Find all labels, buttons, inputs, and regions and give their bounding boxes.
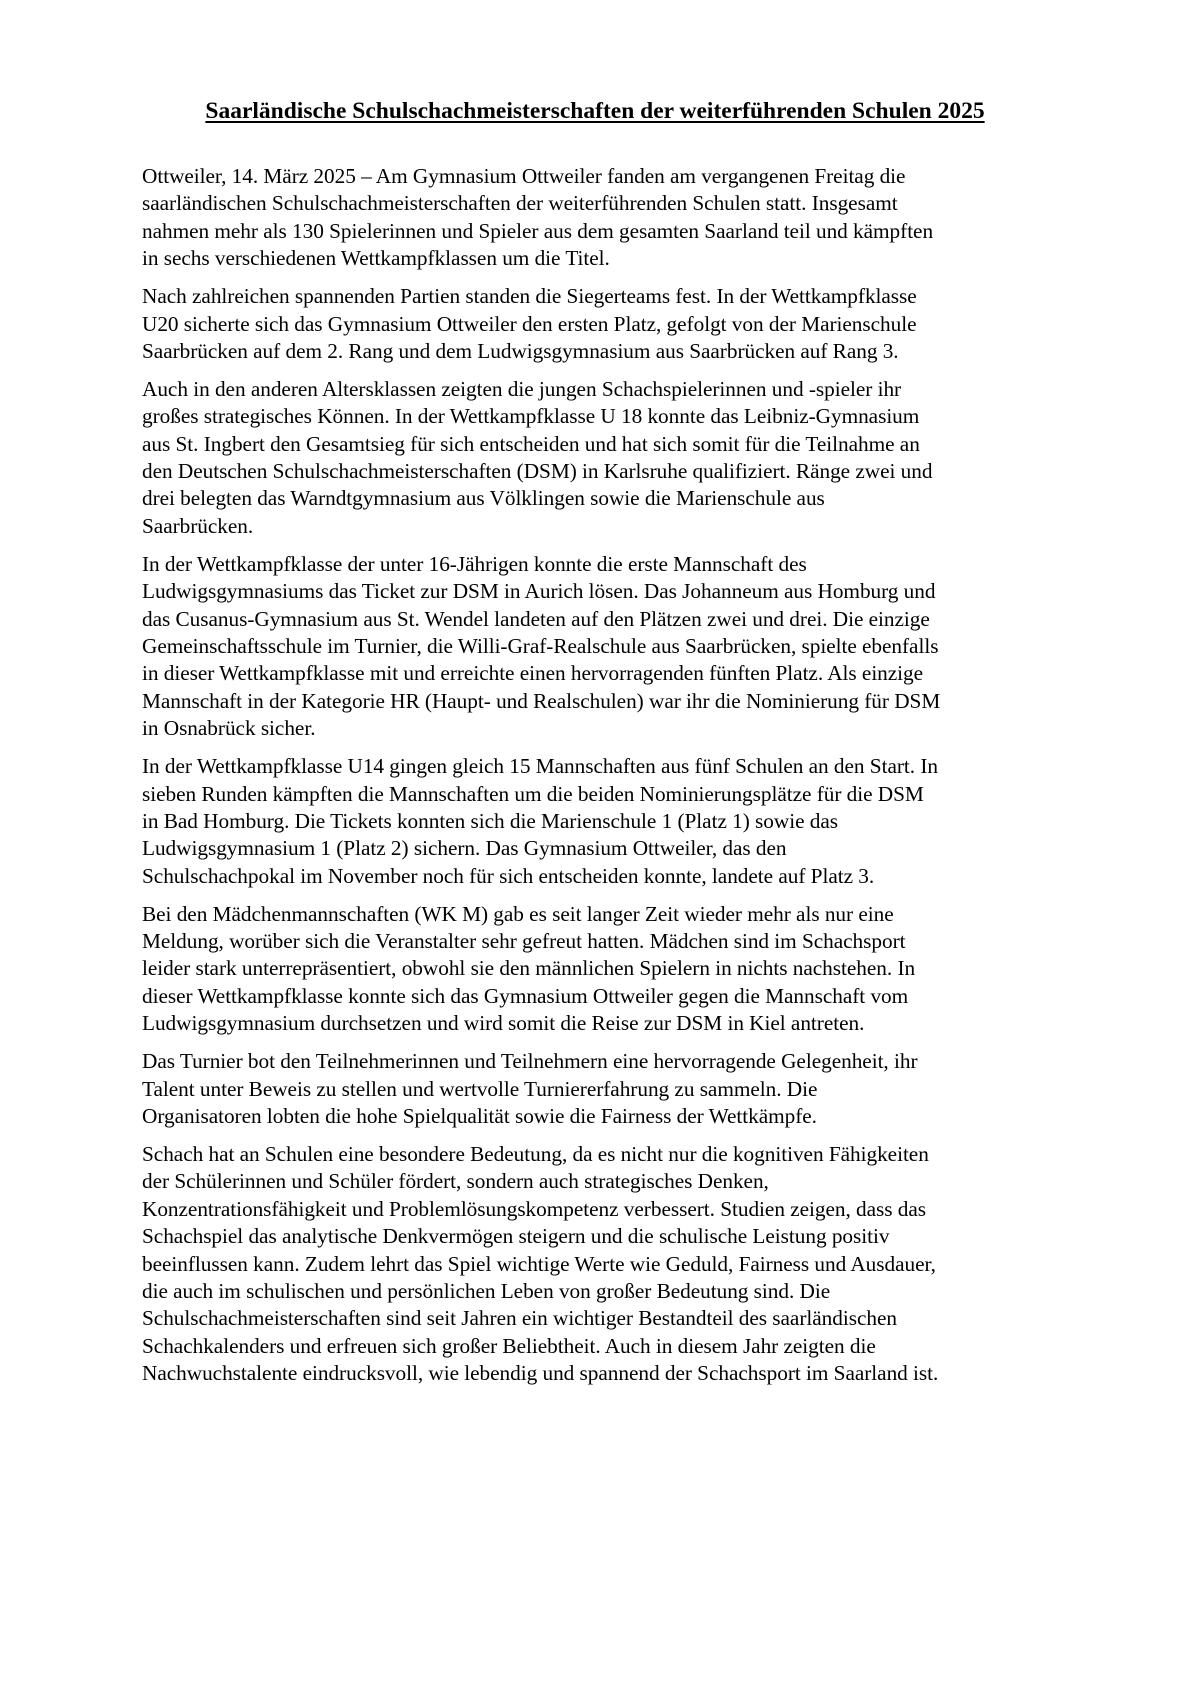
paragraph-intro: Ottweiler, 14. März 2025 – Am Gymnasium … <box>142 163 1062 273</box>
text-line: die auch im schulischen und persönlichen… <box>142 1278 1062 1305</box>
text-line: leider stark unterrepräsentiert, obwohl … <box>142 955 1062 982</box>
text-line: Gemeinschaftsschule im Turnier, die Will… <box>142 633 1062 660</box>
text-line: drei belegten das Warndtgymnasium aus Vö… <box>142 485 1062 512</box>
text-line: Meldung, worüber sich die Veranstalter s… <box>142 928 1062 955</box>
paragraph-girls-results: Bei den Mädchenmannschaften (WK M) gab e… <box>142 901 1062 1038</box>
text-line: Bei den Mädchenmannschaften (WK M) gab e… <box>142 901 1062 928</box>
paragraph-u18-results: Auch in den anderen Altersklassen zeigte… <box>142 376 1062 540</box>
text-line: Schulschachmeisterschaften sind seit Jah… <box>142 1305 1062 1332</box>
text-line: Nach zahlreichen spannenden Partien stan… <box>142 283 1062 310</box>
text-line: Schach hat an Schulen eine besondere Bed… <box>142 1141 1062 1168</box>
document-page: Saarländische Schulschachmeisterschaften… <box>0 0 1190 1684</box>
text-line: nahmen mehr als 130 Spielerinnen und Spi… <box>142 218 1062 245</box>
text-line: Saarbrücken. <box>142 513 1062 540</box>
text-line: Schachkalenders und erfreuen sich großer… <box>142 1333 1062 1360</box>
text-line: Ludwigsgymnasium durchsetzen und wird so… <box>142 1010 1062 1037</box>
text-line: Konzentrationsfähigkeit und Problemlösun… <box>142 1196 1062 1223</box>
paragraph-chess-importance: Schach hat an Schulen eine besondere Bed… <box>142 1141 1062 1388</box>
text-line: in sechs verschiedenen Wettkampfklassen … <box>142 245 1062 272</box>
text-line: Das Turnier bot den Teilnehmerinnen und … <box>142 1048 1062 1075</box>
text-line: Schachspiel das analytische Denkvermögen… <box>142 1223 1062 1250</box>
text-line: der Schülerinnen und Schüler fördert, so… <box>142 1168 1062 1195</box>
text-line: Ludwigsgymnasiums das Ticket zur DSM in … <box>142 578 1062 605</box>
text-line: In der Wettkampfklasse U14 gingen gleich… <box>142 753 1062 780</box>
text-line: großes strategisches Können. In der Wett… <box>142 403 1062 430</box>
text-line: Talent unter Beweis zu stellen und wertv… <box>142 1076 1062 1103</box>
text-line: Nachwuchstalente eindrucksvoll, wie lebe… <box>142 1360 1062 1387</box>
text-line: Auch in den anderen Altersklassen zeigte… <box>142 376 1062 403</box>
text-line: Saarbrücken auf dem 2. Rang und dem Ludw… <box>142 338 1062 365</box>
document-title: Saarländische Schulschachmeisterschaften… <box>0 97 1190 125</box>
text-line: Schulschachpokal im November noch für si… <box>142 863 1062 890</box>
text-line: In der Wettkampfklasse der unter 16-Jähr… <box>142 551 1062 578</box>
text-line: den Deutschen Schulschachmeisterschaften… <box>142 458 1062 485</box>
text-line: saarländischen Schulschachmeisterschafte… <box>142 190 1062 217</box>
text-line: Mannschaft in der Kategorie HR (Haupt- u… <box>142 688 1062 715</box>
text-line: beeinflussen kann. Zudem lehrt das Spiel… <box>142 1251 1062 1278</box>
text-line: Ludwigsgymnasium 1 (Platz 2) sichern. Da… <box>142 835 1062 862</box>
paragraph-u14-results: In der Wettkampfklasse U14 gingen gleich… <box>142 753 1062 890</box>
paragraph-u20-results: Nach zahlreichen spannenden Partien stan… <box>142 283 1062 365</box>
text-line: sieben Runden kämpften die Mannschaften … <box>142 781 1062 808</box>
text-line: U20 sicherte sich das Gymnasium Ottweile… <box>142 311 1062 338</box>
text-line: Ottweiler, 14. März 2025 – Am Gymnasium … <box>142 163 1062 190</box>
text-line: in Bad Homburg. Die Tickets konnten sich… <box>142 808 1062 835</box>
text-line: dieser Wettkampfklasse konnte sich das G… <box>142 983 1062 1010</box>
paragraph-u16-results: In der Wettkampfklasse der unter 16-Jähr… <box>142 551 1062 743</box>
text-line: das Cusanus-Gymnasium aus St. Wendel lan… <box>142 606 1062 633</box>
text-line: aus St. Ingbert den Gesamtsieg für sich … <box>142 431 1062 458</box>
text-line: in Osnabrück sicher. <box>142 715 1062 742</box>
text-line: in dieser Wettkampfklasse mit und erreic… <box>142 660 1062 687</box>
text-line: Organisatoren lobten die hohe Spielquali… <box>142 1103 1062 1130</box>
document-body: Ottweiler, 14. März 2025 – Am Gymnasium … <box>142 163 1062 1398</box>
paragraph-tournament-summary: Das Turnier bot den Teilnehmerinnen und … <box>142 1048 1062 1130</box>
